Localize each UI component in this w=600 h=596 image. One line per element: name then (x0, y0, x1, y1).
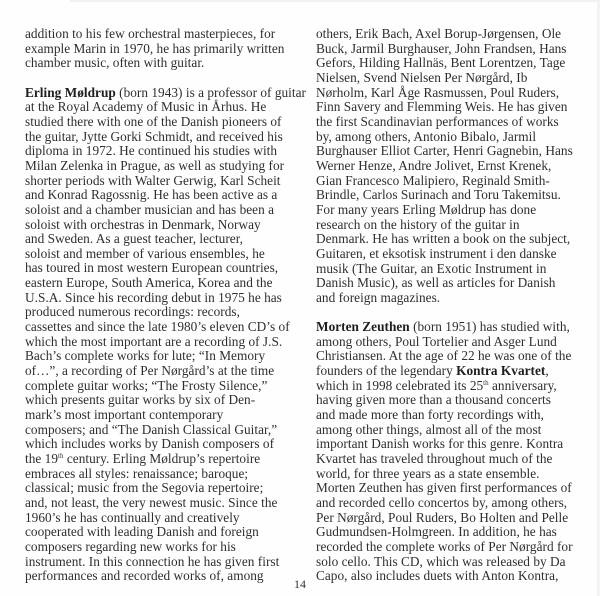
text-line: classical; music from the Segovia repert… (25, 481, 305, 496)
text-line: addition to his few orchestral masterpie… (25, 27, 305, 42)
text-line: world, for three years as a state ensemb… (316, 467, 598, 482)
text-line: at the Royal Academy of Music in Århus. … (25, 100, 305, 115)
text-line: Guitaren, et eksotisk instrument i den d… (316, 247, 598, 262)
text-line: Buck, Jarmil Burghauser, John Frandsen, … (316, 42, 598, 57)
person-name-bold: Erling Møldrup (25, 85, 116, 100)
text-span: founders of the legendary (316, 363, 456, 378)
text-line: which presents guitar works by six of De… (25, 393, 305, 408)
text-line: Bach’s complete works for lute; “In Memo… (25, 349, 305, 364)
text-line: Denmark. He has written a book on the su… (316, 232, 598, 247)
text-line: and Sweden. As a guest teacher, lecturer… (25, 232, 305, 247)
text-line: Per Nørgård, Poul Ruders, Bo Holten and … (316, 511, 598, 526)
text-line: cassettes and since the late 1980’s elev… (25, 320, 305, 335)
text-line: Gefors, Hilding Hallnäs, Bent Lorentzen,… (316, 56, 598, 71)
text-line: and made more than forty recordings with… (316, 408, 598, 423)
text-line: studied there with one of the Danish pio… (25, 115, 305, 130)
person-name-bold: Morten Zeuthen (316, 319, 410, 334)
text-line: composers regarding new works for his (25, 540, 305, 555)
text-span: (born 1951) has studied with, (410, 319, 570, 334)
intro-paragraph: addition to his few orchestral masterpie… (25, 27, 305, 71)
text-line: Morten Zeuthen (born 1951) has studied w… (316, 320, 598, 335)
text-line: founders of the legendary Kontra Kvartet… (316, 364, 598, 379)
text-line: composers; and “The Danish Classical Gui… (25, 423, 305, 438)
page-number: 14 (0, 577, 600, 592)
text-line: the 19th century. Erling Møldrup’s reper… (25, 452, 305, 467)
text-line: of…”, a recording of Per Nørgård’s at th… (25, 364, 305, 379)
text-line: chamber music, often with guitar. (25, 56, 305, 71)
text-line: and foreign magazines. (316, 291, 598, 306)
text-line: important Danish works for this genre. K… (316, 437, 598, 452)
text-line: and Konrad Ragossnig. He has been active… (25, 188, 305, 203)
text-line: embraces all styles: renaissance; baroqu… (25, 467, 305, 482)
text-span: the 19 (25, 451, 58, 466)
text-line: Burghauser Elliot Carter, Henri Gagnebin… (316, 144, 598, 159)
text-line: diploma in 1972. He continued his studie… (25, 144, 305, 159)
text-line: research on the history of the guitar in (316, 218, 598, 233)
text-line: complete guitar works; “The Frosty Silen… (25, 379, 305, 394)
text-line: which includes works by Danish composers… (25, 437, 305, 452)
text-line: Erling Møldrup (born 1943) is a professo… (25, 86, 305, 101)
text-line: musik (The Guitar, an Exotic Instrument … (316, 262, 598, 277)
text-line: Christiansen. At the age of 22 he was on… (316, 349, 598, 364)
text-line: Brindle, Carlos Surinach and Toru Takemi… (316, 188, 598, 203)
text-line: among other things, almost all of the mo… (316, 423, 598, 438)
text-line: Finn Savery and Flemming Weis. He has gi… (316, 100, 598, 115)
left-column: addition to his few orchestral masterpie… (25, 27, 305, 596)
text-line: having given more than a thousand concer… (316, 393, 598, 408)
text-line: Morten Zeuthen has given first performan… (316, 481, 598, 496)
text-span: which in 1998 celebrated its 25 (316, 378, 483, 393)
scan-top-edge (70, 0, 600, 2)
text-line: For many years Erling Møldrup has done (316, 203, 598, 218)
text-line: Gian Francesco Malipiero, Reginald Smith… (316, 174, 598, 189)
text-line: by, among others, Antonio Bibalo, Jarmil (316, 130, 598, 145)
text-line: the guitar, Jytte Gorki Schmidt, and rec… (25, 130, 305, 145)
text-line: soloist with orchestras in Denmark, Norw… (25, 218, 305, 233)
text-line: cooperated with leading Danish and forei… (25, 525, 305, 540)
text-line: example Marin in 1970, he has primarily … (25, 42, 305, 57)
text-span: century. Erling Møldrup’s repertoire (64, 451, 261, 466)
text-line: solo cello. This CD, which was released … (316, 555, 598, 570)
text-line: soloist and member of various ensembles,… (25, 247, 305, 262)
text-span: anniversary, (489, 378, 557, 393)
zeuthen-bio-paragraph: Morten Zeuthen (born 1951) has studied w… (316, 320, 598, 584)
text-line: Kvartet has traveled throughout much of … (316, 452, 598, 467)
ensemble-name-bold: Kontra Kvartet (456, 363, 545, 378)
text-line: instrument. In this connection he has gi… (25, 555, 305, 570)
text-line: Milan Zelenka in Prague, as well as stud… (25, 159, 305, 174)
booklet-page: addition to his few orchestral masterpie… (0, 0, 600, 596)
right-column: others, Erik Bach, Axel Borup-Jørgensen,… (316, 27, 598, 596)
text-span: (born 1943) is a professor of guitar (116, 85, 306, 100)
text-line: 1960’s he has continually and creatively (25, 511, 305, 526)
text-line: Nielsen, Svend Nielsen Per Nørgård, Ib (316, 71, 598, 86)
text-line: which the most important are a recording… (25, 335, 305, 350)
moldrup-continuation-paragraph: others, Erik Bach, Axel Borup-Jørgensen,… (316, 27, 598, 305)
text-line: and recorded cello concertos by, among o… (316, 496, 598, 511)
text-line: the first Scandinavian performances of w… (316, 115, 598, 130)
text-line: Werner Henze, Andre Jolivet, Ernst Krene… (316, 159, 598, 174)
text-line: among others, Poul Tortelier and Asger L… (316, 335, 598, 350)
moldrup-bio-paragraph: Erling Møldrup (born 1943) is a professo… (25, 86, 305, 584)
text-line: produced numerous recordings: records, (25, 305, 305, 320)
text-line: soloist and a chamber musician and has b… (25, 203, 305, 218)
text-line: which in 1998 celebrated its 25th annive… (316, 379, 598, 394)
text-line: recorded the complete works of Per Nørgå… (316, 540, 598, 555)
text-line: Gudmundsen-Holmgreen. In addition, he ha… (316, 525, 598, 540)
text-line: U.S.A. Since his recording debut in 1975… (25, 291, 305, 306)
text-line: others, Erik Bach, Axel Borup-Jørgensen,… (316, 27, 598, 42)
text-line: has toured in most western European coun… (25, 261, 305, 276)
text-line: and, not least, the very newest music. S… (25, 496, 305, 511)
text-line: Danish Music), as well as articles for D… (316, 276, 598, 291)
text-span: , (545, 363, 548, 378)
text-line: shorter periods with Walter Gerwig, Karl… (25, 174, 305, 189)
text-line: mark’s most important contemporary (25, 408, 305, 423)
text-line: Nørholm, Karl Åge Rasmussen, Poul Ruders… (316, 86, 598, 101)
text-line: eastern Europe, South America, Korea and… (25, 276, 305, 291)
